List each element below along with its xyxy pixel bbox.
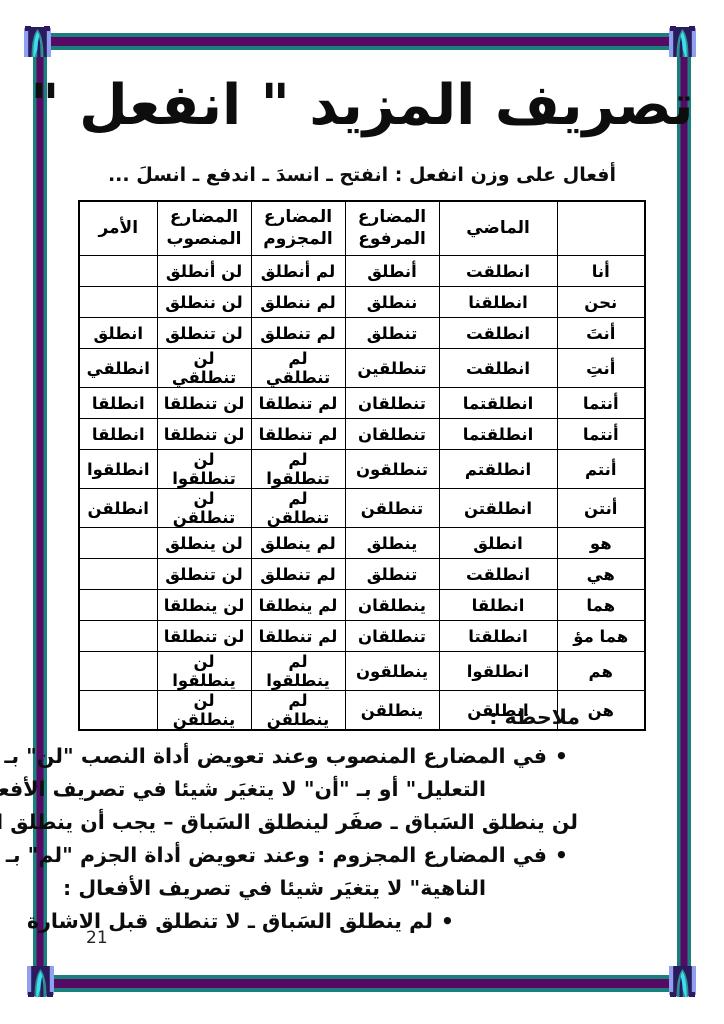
cell-past: انطلقت xyxy=(439,559,557,590)
corner-ornament-icon xyxy=(669,26,696,57)
corner-ornament-icon xyxy=(27,966,54,997)
cell-pronoun: أنتِ xyxy=(557,349,645,388)
cell-pronoun: أنتن xyxy=(557,489,645,528)
cell-imperative: انطلقن xyxy=(79,489,157,528)
worksheet-page: تصريف المزيد " انفعل " أفعال على وزن انف… xyxy=(0,0,724,1024)
cell-past: انطلقنا xyxy=(439,287,557,318)
cell-imperative xyxy=(79,559,157,590)
cell-nasb: لن تنطلقوا xyxy=(157,450,251,489)
cell-pronoun: هي xyxy=(557,559,645,590)
cell-raf: تنطلقان xyxy=(345,388,439,419)
cell-nasb: لن تنطلقا xyxy=(157,621,251,652)
cell-past: انطلقا xyxy=(439,590,557,621)
cell-pronoun: أنا xyxy=(557,256,645,287)
cell-nasb: لن تنطلقن xyxy=(157,489,251,528)
note-bullet-line: •في المضارع المجزوم : وعند تعويض أداة ال… xyxy=(30,839,568,872)
cell-raf: تنطلق xyxy=(345,559,439,590)
cell-past: انطلقت xyxy=(439,349,557,388)
cell-raf: ينطلقون xyxy=(345,652,439,691)
cell-raf: ينطلقان xyxy=(345,590,439,621)
table-row: هوانطلقينطلقلم ينطلقلن ينطلق xyxy=(79,528,645,559)
cell-pronoun: هم xyxy=(557,652,645,691)
cell-imperative xyxy=(79,528,157,559)
cell-pronoun: أنتَ xyxy=(557,318,645,349)
cell-pronoun: هو xyxy=(557,528,645,559)
cell-jazm: لم تنطلق xyxy=(251,318,345,349)
bullet-icon: • xyxy=(555,843,568,867)
cell-past: انطلقتما xyxy=(439,388,557,419)
cell-pronoun: أنتم xyxy=(557,450,645,489)
header-past: الماضي xyxy=(439,201,557,256)
border-top-bar xyxy=(32,33,692,50)
header-present-mansoub: المضارع المنصوب xyxy=(157,201,251,256)
cell-imperative xyxy=(79,256,157,287)
cell-imperative: انطلق xyxy=(79,318,157,349)
notes-heading: ملاحظة : xyxy=(20,701,580,734)
cell-pronoun: أنتما xyxy=(557,388,645,419)
cell-jazm: لم تنطلقوا xyxy=(251,450,345,489)
table-row: أنتَانطلقتتنطلقلم تنطلقلن تنطلقانطلق xyxy=(79,318,645,349)
note-continuation-line: الناهية" لا يتغيَر شيئا في تصريف الأفعال… xyxy=(30,872,486,905)
page-number: 21 xyxy=(86,928,108,948)
cell-raf: تنطلقان xyxy=(345,621,439,652)
cell-past: انطلق xyxy=(439,528,557,559)
note-text: في المضارع المنصوب وعند تعويض أداة النصب… xyxy=(0,744,547,768)
cell-past: انطلقوا xyxy=(439,652,557,691)
cell-jazm: لم تنطلقا xyxy=(251,621,345,652)
table-row: أنتماانطلقتماتنطلقانلم تنطلقالن تنطلقاان… xyxy=(79,388,645,419)
cell-imperative: انطلقوا xyxy=(79,450,157,489)
cell-past: انطلقت xyxy=(439,318,557,349)
bullet-icon: • xyxy=(441,909,454,933)
cell-raf: أنطلق xyxy=(345,256,439,287)
table-row: هماانطلقاينطلقانلم ينطلقالن ينطلقا xyxy=(79,590,645,621)
cell-pronoun: نحن xyxy=(557,287,645,318)
cell-nasb: لن تنطلق xyxy=(157,318,251,349)
bullet-icon: • xyxy=(555,744,568,768)
page-title: تصريف المزيد " انفعل " xyxy=(0,68,724,144)
cell-past: انطلقتما xyxy=(439,419,557,450)
cell-raf: تنطلقان xyxy=(345,419,439,450)
cell-past: انطلقتا xyxy=(439,621,557,652)
corner-ornament-icon xyxy=(669,966,696,997)
note-example-line: لن ينطلق السَباق ـ صفَر لينطلق السَباق –… xyxy=(30,806,578,839)
cell-nasb: لن ينطلق xyxy=(157,528,251,559)
header-imperative: الأمر xyxy=(79,201,157,256)
cell-nasb: لن تنطلقا xyxy=(157,419,251,450)
cell-past: انطلقتن xyxy=(439,489,557,528)
cell-nasb: لن تنطلق xyxy=(157,559,251,590)
cell-raf: تنطلقون xyxy=(345,450,439,489)
cell-pronoun: أنتما xyxy=(557,419,645,450)
table-row: أناانطلقتأنطلقلم أنطلقلن أنطلق xyxy=(79,256,645,287)
cell-raf: ينطلق xyxy=(345,528,439,559)
cell-jazm: لم تنطلقا xyxy=(251,419,345,450)
table-row: نحنانطلقناننطلقلم ننطلقلن ننطلق xyxy=(79,287,645,318)
cell-imperative: انطلقا xyxy=(79,419,157,450)
header-present-majzoum: المضارع المجزوم xyxy=(251,201,345,256)
table-row: أنتنانطلقتنتنطلقنلم تنطلقنلن تنطلقنانطلق… xyxy=(79,489,645,528)
table-row: أنتِانطلقتتنطلقينلم تنطلقيلن تنطلقيانطلق… xyxy=(79,349,645,388)
cell-nasb: لن تنطلقا xyxy=(157,388,251,419)
cell-pronoun: هما xyxy=(557,590,645,621)
cell-raf: ننطلق xyxy=(345,287,439,318)
cell-jazm: لم ينطلقا xyxy=(251,590,345,621)
cell-raf: تنطلقن xyxy=(345,489,439,528)
page-subtitle: أفعال على وزن انفعل : انفتح ـ انسدَ ـ ان… xyxy=(0,164,724,186)
cell-jazm: لم تنطلقي xyxy=(251,349,345,388)
header-present-marfou: المضارع المرفوع xyxy=(345,201,439,256)
table-row: هيانطلقتتنطلقلم تنطلقلن تنطلق xyxy=(79,559,645,590)
cell-pronoun: هما مؤ xyxy=(557,621,645,652)
cell-raf: تنطلق xyxy=(345,318,439,349)
cell-nasb: لن تنطلقي xyxy=(157,349,251,388)
note-bullet-line: •في المضارع المنصوب وعند تعويض أداة النص… xyxy=(30,740,568,773)
cell-raf: تنطلقين xyxy=(345,349,439,388)
cell-nasb: لن ننطلق xyxy=(157,287,251,318)
cell-imperative: انطلقا xyxy=(79,388,157,419)
cell-past: انطلقت xyxy=(439,256,557,287)
cell-jazm: لم ننطلق xyxy=(251,287,345,318)
note-continuation-line: التعليل" أو بـ "أن" لا يتغيَر شيئا في تص… xyxy=(30,773,486,806)
cell-imperative xyxy=(79,287,157,318)
border-bottom-bar xyxy=(32,975,692,992)
notes-section: ملاحظة : •في المضارع المنصوب وعند تعويض … xyxy=(30,701,580,938)
table-row: هما مؤانطلقتاتنطلقانلم تنطلقالن تنطلقا xyxy=(79,621,645,652)
conjugation-table: الماضي المضارع المرفوع المضارع المجزوم ا… xyxy=(78,200,646,731)
cell-jazm: لم تنطلقن xyxy=(251,489,345,528)
cell-nasb: لن ينطلقا xyxy=(157,590,251,621)
cell-jazm: لم تنطلقا xyxy=(251,388,345,419)
cell-past: انطلقتم xyxy=(439,450,557,489)
cell-jazm: لم ينطلقوا xyxy=(251,652,345,691)
table-row: همانطلقواينطلقونلم ينطلقوالن ينطلقوا xyxy=(79,652,645,691)
header-pronoun xyxy=(557,201,645,256)
cell-jazm: لم ينطلق xyxy=(251,528,345,559)
corner-ornament-icon xyxy=(24,26,51,57)
cell-imperative xyxy=(79,621,157,652)
cell-imperative xyxy=(79,652,157,691)
note-text: في المضارع المجزوم : وعند تعويض أداة الج… xyxy=(0,843,547,867)
cell-nasb: لن أنطلق xyxy=(157,256,251,287)
cell-imperative xyxy=(79,590,157,621)
cell-nasb: لن ينطلقوا xyxy=(157,652,251,691)
table-row: أنتمانطلقتمتنطلقونلم تنطلقوالن تنطلقواان… xyxy=(79,450,645,489)
cell-jazm: لم أنطلق xyxy=(251,256,345,287)
cell-jazm: لم تنطلق xyxy=(251,559,345,590)
cell-imperative: انطلقي xyxy=(79,349,157,388)
table-row: أنتماانطلقتماتنطلقانلم تنطلقالن تنطلقاان… xyxy=(79,419,645,450)
table-header-row: الماضي المضارع المرفوع المضارع المجزوم ا… xyxy=(79,201,645,256)
